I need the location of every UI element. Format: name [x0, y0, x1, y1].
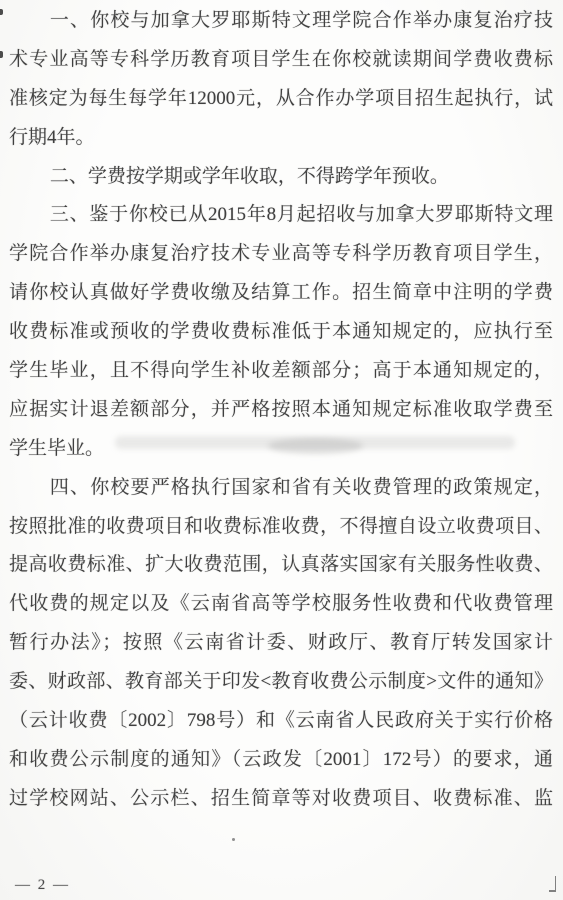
text-line: 学生毕业。 [9, 430, 553, 469]
scan-speck [232, 838, 235, 841]
text-line: 代收费的规定以及《云南省高等学校服务性收费和代收费管理 [9, 585, 553, 624]
text-line: 学生毕业，且不得向学生补收差额部分；高于本通知规定的， [9, 352, 553, 391]
text-line: 收费标准或预收的学费收费标准低于本通知规定的，应执行至 [9, 313, 553, 352]
text-line: 和收费公示制度的通知》（云政发〔2001〕172号）的要求，通 [9, 741, 553, 780]
text-line: 二、学费按学期或学年收取，不得跨学年预收。 [9, 158, 553, 197]
document-page: 一、你校与加拿大罗耶斯特文理学院合作举办康复治疗技 术专业高等专科学历教育项目学… [0, 0, 563, 819]
text-line: 术专业高等专科学历教育项目学生在你校就读期间学费收费标 [9, 41, 553, 80]
text-line: 提高收费标准、扩大收费范围，认真落实国家有关服务性收费、 [9, 546, 553, 585]
text-line: 四、你校要严格执行国家和省有关收费管理的政策规定， [9, 469, 553, 508]
text-line: （云计收费〔2002〕798号）和《云南省人民政府关于实行价格 [9, 702, 553, 741]
text-line: 暂行办法》；按照《云南省计委、财政厅、教育厅转发国家计 [9, 624, 553, 663]
page-number: — 2 — [15, 877, 70, 894]
text-line: 过学校网站、公示栏、招生简章等对收费项目、收费标准、监 [9, 780, 553, 819]
text-line: 应据实计退差额部分，并严格按照本通知规定标准收取学费至 [9, 391, 553, 430]
scan-corner-mark [549, 876, 556, 892]
text-line: 委、财政部、教育部关于印发<教育收费公示制度>文件的通知》 [9, 663, 553, 702]
text-line: 一、你校与加拿大罗耶斯特文理学院合作举办康复治疗技 [9, 2, 553, 41]
text-line: 三、鉴于你校已从2015年8月起招收与加拿大罗耶斯特文理 [9, 196, 553, 235]
text-line: 按照批准的收费项目和收费标准收费，不得擅自设立收费项目、 [9, 508, 553, 547]
text-line: 行期4年。 [9, 119, 553, 158]
text-line: 准核定为每生每学年12000元，从合作办学项目招生起执行，试 [9, 80, 553, 119]
text-line: 请你校认真做好学费收缴及结算工作。招生简章中注明的学费 [9, 274, 553, 313]
text-line: 学院合作举办康复治疗技术专业高等专科学历教育项目学生， [9, 235, 553, 274]
